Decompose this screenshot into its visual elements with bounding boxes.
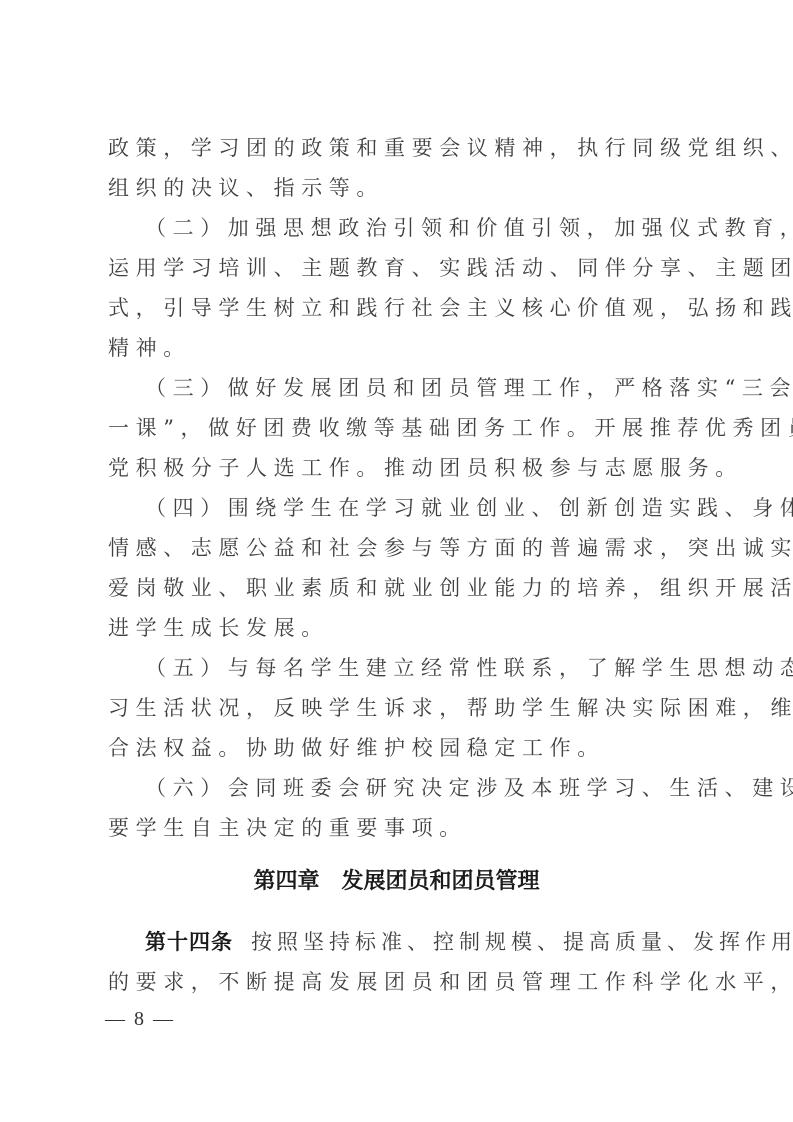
paragraph-5-start: （五）与每名学生建立经常性联系，了解学生思想动态和学 — [145, 648, 692, 688]
article-label: 第十四条 — [145, 930, 233, 954]
paragraph-2-start: （二）加强思想政治引领和价值引领，加强仪式教育，充分 — [145, 208, 692, 248]
document-page: 政策，学习团的政策和重要会议精神，执行同级党组织、上级团 组织的决议、指示等。 … — [0, 0, 793, 1122]
text-line: 的要求，不断提高发展团员和团员管理工作科学化水平，建设能 — [108, 962, 692, 1002]
text-line: 情感、志愿公益和社会参与等方面的普遍需求，突出诚实守信、 — [108, 528, 692, 568]
article-14-line-1: 第十四条按照坚持标准、控制规模、提高质量、发挥作用 — [145, 922, 692, 962]
paragraph-6-start: （六）会同班委会研究决定涉及本班学习、生活、建设等需 — [145, 768, 692, 808]
paragraph-4-start: （四）围绕学生在学习就业创业、创新创造实践、身体心理 — [145, 488, 692, 528]
text-line: 政策，学习团的政策和重要会议精神，执行同级党组织、上级团 — [108, 128, 692, 168]
page-number: — 8 — — [105, 1008, 175, 1031]
text-line: 爱岗敬业、职业素质和就业创业能力的培养，组织开展活动，促 — [108, 568, 692, 608]
text-line: 习生活状况，反映学生诉求，帮助学生解决实际困难，维护学生 — [108, 688, 692, 728]
text-line: 组织的决议、指示等。 — [108, 168, 692, 208]
text-line: 一课”，做好团费收缴等基础团务工作。开展推荐优秀团员作入 — [108, 408, 692, 448]
chapter-heading: 第四章 发展团员和团员管理 — [0, 862, 793, 902]
text-line: 要学生自主决定的重要事项。 — [108, 808, 692, 848]
text-line: 党积极分子人选工作。推动团员积极参与志愿服务。 — [108, 448, 692, 488]
text-line: 运用学习培训、主题教育、实践活动、同伴分享、主题团日等方 — [108, 248, 692, 288]
text-line: 进学生成长发展。 — [108, 608, 692, 648]
paragraph-3-start: （三）做好发展团员和团员管理工作，严格落实“三会两制 — [145, 368, 692, 408]
article-text: 按照坚持标准、控制规模、提高质量、发挥作用 — [251, 930, 793, 954]
text-line: 式，引导学生树立和践行社会主义核心价值观，弘扬和践行工匠 — [108, 288, 692, 328]
text-line: 精神。 — [108, 328, 692, 368]
text-line: 合法权益。协助做好维护校园稳定工作。 — [108, 728, 692, 768]
